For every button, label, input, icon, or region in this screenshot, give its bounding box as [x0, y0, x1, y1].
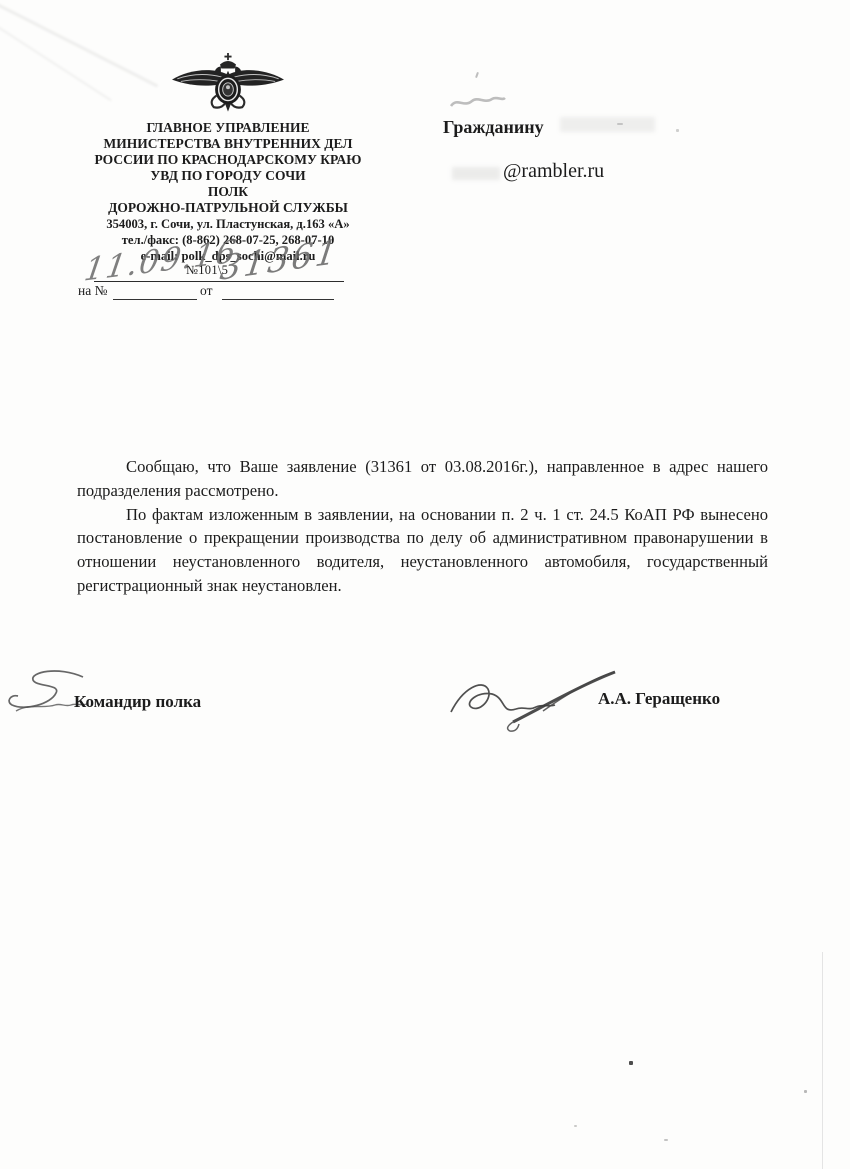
recipient-salutation: Гражданину [443, 117, 544, 138]
scan-artifact-speck [676, 129, 679, 132]
reference-na-label: на № [78, 283, 107, 299]
scanned-letter-page: ГЛАВНОЕ УПРАВЛЕНИЕ МИНИСТЕРСТВА ВНУТРЕНН… [0, 0, 850, 1169]
reference-blank-line [113, 299, 197, 300]
letterhead-line: ПОЛК [80, 184, 376, 200]
signer-name: А.А. Геращенко [598, 689, 720, 709]
scan-artifact-speck [804, 1090, 807, 1093]
reference-blank-line [222, 299, 334, 300]
scan-artifact-edge-line [822, 952, 823, 1169]
letterhead-line: МИНИСТЕРСТВА ВНУТРЕННИХ ДЕЛ [80, 136, 376, 152]
scan-artifact-erased-text [560, 117, 655, 132]
scan-artifact-erased-text [452, 167, 500, 180]
letterhead-line: ГЛАВНОЕ УПРАВЛЕНИЕ [80, 120, 376, 136]
letterhead-line: РОССИИ ПО КРАСНОДАРСКОМУ КРАЮ [80, 152, 376, 168]
scan-artifact-speck [574, 1125, 577, 1127]
scan-artifact-speck [475, 72, 479, 78]
body-paragraph-1: Сообщаю, что Ваше заявление (31361 от 03… [77, 455, 768, 503]
signer-title: Командир полка [74, 692, 201, 712]
document-number: №101\5 [186, 263, 228, 278]
scan-artifact-squiggle [449, 93, 507, 111]
scan-artifact-speck [664, 1139, 668, 1141]
body-paragraph-2: По фактам изложенным в заявлении, на осн… [77, 503, 768, 598]
reference-ot-label: от [200, 283, 212, 299]
number-underline [94, 281, 344, 282]
mvd-double-headed-eagle-emblem-icon [167, 53, 289, 117]
scan-artifact-speck [629, 1061, 633, 1065]
letter-body: Сообщаю, что Ваше заявление (31361 от 03… [77, 455, 768, 598]
recipient-email: @rambler.ru [503, 160, 604, 183]
letterhead-address: 354003, г. Сочи, ул. Пластунская, д.163 … [80, 216, 376, 232]
letterhead-line: УВД ПО ГОРОДУ СОЧИ [80, 168, 376, 184]
letterhead-line: ДОРОЖНО-ПАТРУЛЬНОЙ СЛУЖБЫ [80, 200, 376, 216]
